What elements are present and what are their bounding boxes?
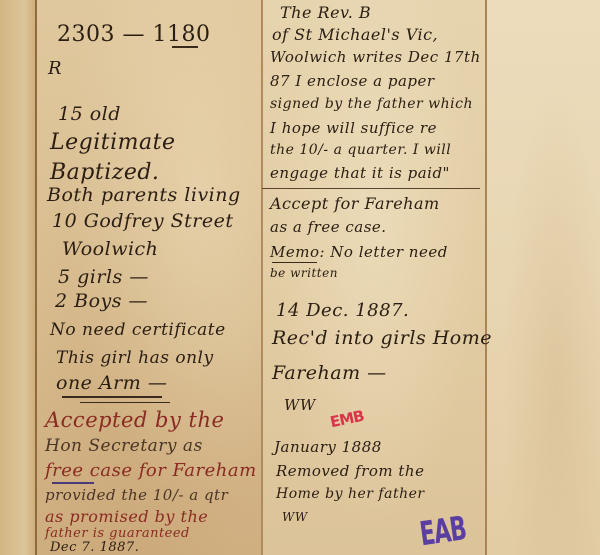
arm-underline <box>62 396 162 398</box>
separator-line <box>80 402 170 403</box>
letter-line-8: engage that it is paid" <box>270 164 450 182</box>
case-line-age: 15 old <box>58 103 121 125</box>
removal-initials: WW <box>282 510 308 524</box>
removal-line-2: Home by her father <box>276 486 425 502</box>
acceptance-line-2: as a free case. <box>270 218 387 236</box>
memo-underline <box>272 262 317 263</box>
acceptance-line-4: be written <box>270 266 338 280</box>
acceptance-line-3: Memo: No letter need <box>270 243 448 261</box>
received-place: Fareham — <box>272 362 387 384</box>
case-line-legitimate: Legitimate <box>50 130 175 155</box>
case-line-girls: 5 girls — <box>58 266 149 288</box>
letter-line-2: of St Michael's Vic, <box>272 25 438 44</box>
case-line-address: 10 Godfrey Street <box>52 210 234 232</box>
red-note-line-4: provided the 10/- a qtr <box>45 486 228 504</box>
reference-initial: R <box>48 58 62 79</box>
case-line-girl-note: This girl has only <box>56 348 214 368</box>
letter-separator <box>262 188 480 189</box>
document-sheet: 2303 — 1180 R 15 old Legitimate Baptized… <box>0 0 600 555</box>
case-line-certificate: No need certificate <box>50 320 226 340</box>
right-blank-panel <box>485 0 600 555</box>
letter-line-7: the 10/- a quarter. I will <box>270 142 451 158</box>
free-underline <box>52 482 94 484</box>
reference-underline <box>172 46 198 48</box>
reference-number: 2303 — 1180 <box>57 22 210 47</box>
received-date: 14 Dec. 1887. <box>276 300 409 321</box>
red-note-line-6: father is guaranteed <box>45 526 190 541</box>
red-note-date: Dec 7. 1887. <box>50 540 139 555</box>
letter-line-6: I hope will suffice re <box>270 119 437 137</box>
removal-date: January 1888 <box>274 438 382 456</box>
case-line-boys: 2 Boys — <box>55 290 148 312</box>
removal-line-1: Removed from the <box>276 462 424 480</box>
purple-initials-stamp: EAB <box>418 511 469 555</box>
case-line-parents: Both parents living <box>47 184 241 206</box>
acceptance-line-1: Accept for Fareham <box>270 194 440 213</box>
red-note-line-2: Hon Secretary as <box>45 436 203 456</box>
case-line-baptized: Baptized. <box>50 160 159 185</box>
left-fold-strip <box>0 0 35 555</box>
letter-line-3: Woolwich writes Dec 17th <box>270 48 481 66</box>
red-note-line-5: as promised by the <box>45 507 208 526</box>
red-note-line-3: free case for Fareham <box>45 460 257 481</box>
case-line-arm: one Arm — <box>56 372 167 394</box>
letter-line-1: The Rev. B <box>280 3 371 22</box>
letter-line-4: 87 I enclose a paper <box>270 72 435 90</box>
case-line-town: Woolwich <box>62 238 158 260</box>
letter-line-5: signed by the father which <box>270 96 473 112</box>
received-initials: WW <box>284 396 316 414</box>
received-note: Rec'd into girls Home <box>272 327 492 349</box>
red-note-line-1: Accepted by the <box>45 408 224 432</box>
